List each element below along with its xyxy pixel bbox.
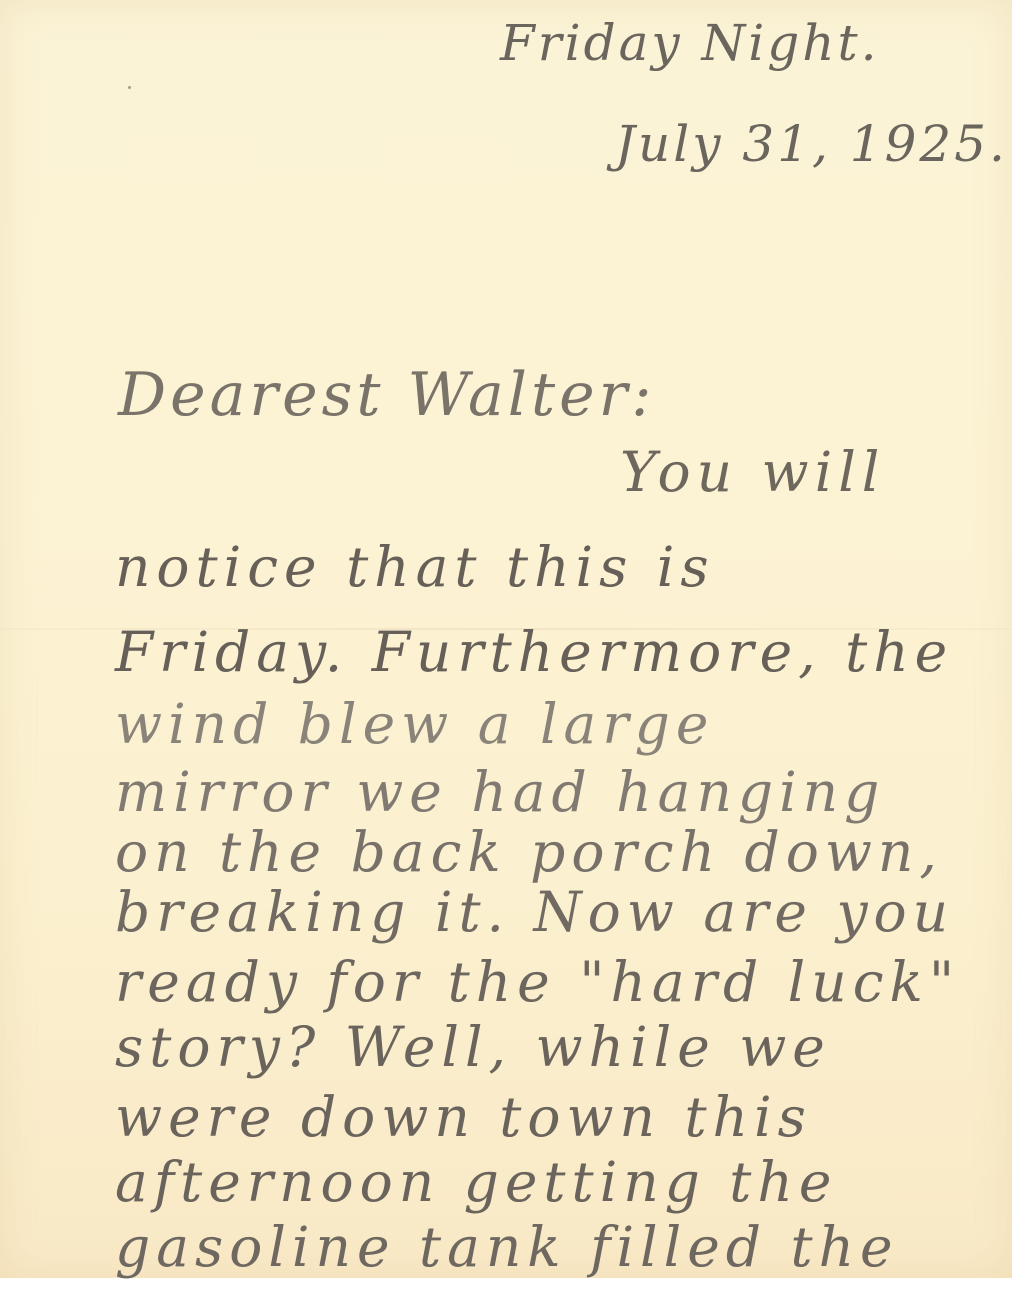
body-line: mirror we had hanging [115, 760, 885, 824]
body-line: You will [620, 440, 885, 504]
body-line: on the back porch down, [115, 820, 943, 884]
body-line: were down town this [115, 1085, 812, 1149]
body-line: Friday. Furthermore, the [115, 620, 953, 684]
salutation: Dearest Walter: [118, 360, 655, 430]
body-line: afternoon getting the [115, 1150, 837, 1214]
heading-date: July 31, 1925. [615, 115, 1008, 173]
body-line: gasoline tank filled the [115, 1215, 899, 1279]
body-line: ready for the "hard luck" [115, 950, 960, 1014]
letter-page: Friday Night. July 31, 1925. Dearest Wal… [0, 0, 1012, 1278]
body-line: notice that this is [115, 535, 715, 599]
body-line: wind blew a large [115, 692, 714, 756]
body-line: breaking it. Now are you [115, 880, 954, 944]
body-line: story? Well, while we [115, 1015, 831, 1079]
heading-day: Friday Night. [500, 14, 879, 72]
paper-speck [128, 86, 131, 89]
